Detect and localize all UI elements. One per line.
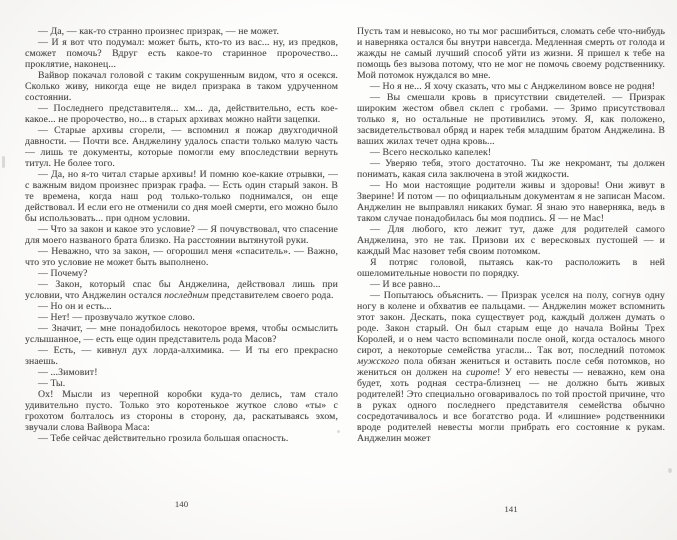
paragraph: — Ты. bbox=[25, 378, 338, 389]
paragraph: Пусть там и невысоко, но ты мог расшибит… bbox=[357, 26, 665, 81]
paragraph: — Неважно, что за закон, — огорошил меня… bbox=[25, 246, 338, 268]
paragraph: — Да, но я-то читал старые архивы! И пом… bbox=[25, 169, 338, 224]
paragraph: — Для любого, кто лежит тут, даже для ро… bbox=[357, 224, 665, 257]
scan-speck bbox=[2, 156, 5, 168]
paragraph: — Почему? bbox=[25, 268, 338, 279]
paragraph: — Да, — как-то странно произнес призрак,… bbox=[25, 26, 338, 37]
paragraph: — Нет! — прозвучало жуткое слово. bbox=[25, 312, 338, 323]
paragraph: — ...Зимовит! bbox=[25, 367, 338, 378]
paragraph: — Есть, — кивнул дух лорда-алхимика. — И… bbox=[25, 345, 338, 367]
paragraph: — Но мои настоящие родители живы и здоро… bbox=[357, 180, 665, 224]
paragraph: — Последнего представителя... хм... да, … bbox=[25, 103, 338, 125]
paragraph: — Уверяю тебя, этого достаточно. Ты же н… bbox=[357, 158, 665, 180]
paragraph: — Но он и есть... bbox=[25, 301, 338, 312]
paragraph: — Вы смешали кровь в присутствии свидете… bbox=[357, 92, 665, 147]
paragraph: — Что за закон и какое это условие? — Я … bbox=[25, 224, 338, 246]
paragraph: — Значит, — мне понадобилось некоторое в… bbox=[25, 323, 338, 345]
right-page-text: Пусть там и невысоко, но ты мог расшибит… bbox=[357, 26, 665, 444]
paragraph: Я потряс головой, пытаясь как-то располо… bbox=[357, 257, 665, 279]
paragraph: — Тебе сейчас действительно грозила боль… bbox=[25, 433, 338, 444]
left-page-text: — Да, — как-то странно произнес призрак,… bbox=[25, 26, 338, 444]
paragraph: — Но я не... Я хочу сказать, что мы с Ан… bbox=[357, 81, 665, 92]
book-page-left: — Да, — как-то странно произнес призрак,… bbox=[25, 0, 338, 540]
left-page-number: 140 bbox=[25, 499, 338, 509]
book-page-right: Пусть там и невысоко, но ты мог расшибит… bbox=[357, 0, 665, 540]
paragraph: — Закон, который спас бы Анджелина, дейс… bbox=[25, 279, 338, 301]
right-page-number: 141 bbox=[357, 504, 665, 514]
paragraph: — Старые архивы сгорели, — вспомнил я по… bbox=[25, 125, 338, 169]
paragraph: — И все равно... bbox=[357, 279, 665, 290]
paragraph: — Попытаюсь объяснить. — Призрак уселся … bbox=[357, 290, 665, 444]
paragraph: Вайвор покачал головой с таким сокрушенн… bbox=[25, 70, 338, 103]
scan-speck bbox=[668, 468, 672, 473]
paragraph: — И я вот что подумал: может быть, кто-т… bbox=[25, 37, 338, 70]
paragraph: — Всего несколько капелек! bbox=[357, 147, 665, 158]
paragraph: Ох! Мысли из черепной коробки куда-то де… bbox=[25, 389, 338, 433]
book-spread: — Да, — как-то странно произнес призрак,… bbox=[0, 0, 677, 540]
